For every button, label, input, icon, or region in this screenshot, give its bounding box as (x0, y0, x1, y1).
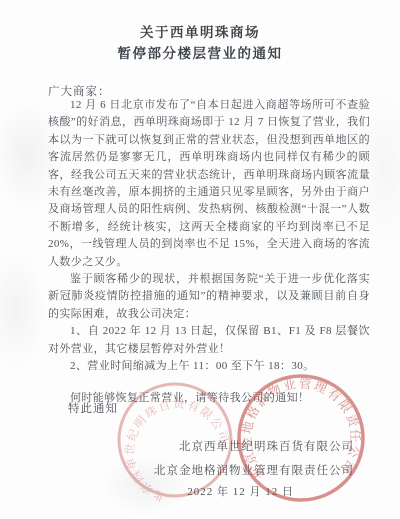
photo-smudge (0, 250, 46, 370)
decision-item: 1、自 2022 年 12 月 13 日起，仅保留 B1、F1 及 F8 层餐饮… (48, 323, 370, 358)
closing-phrase: 特此通知 (68, 400, 118, 416)
notice-title-line1: 关于西单明珠商场 (0, 22, 400, 43)
paragraph: 12 月 6 日北京市发布了“自本日起进入商超等场所可不查验核酸”的好消息，西单… (48, 97, 370, 271)
signature-company-1: 北京西单世纪明珠百货有限公司 (0, 435, 400, 459)
notice-document: 关于西单明珠商场 暂停部分楼层营业的通知 广大商家： 12 月 6 日北京市发布… (0, 0, 400, 519)
decision-item: 2、营业时间缩减为上午 11：00 至下午 18：30。 (48, 358, 370, 375)
signature-block: 北京西单世纪明珠百货有限公司 北京金地格润物业管理有限责任公司 2022 年 1… (0, 435, 400, 501)
notice-title: 关于西单明珠商场 暂停部分楼层营业的通知 (0, 22, 400, 64)
signature-company-2: 北京金地格润物业管理有限责任公司 (0, 459, 400, 483)
signature-date: 2022 年 12 月 12 日 (0, 483, 400, 501)
paragraph: 鉴于顾客稀少的现状，并根据国务院“关于进一步优化落实新冠肺炎疫情防控措施的通知”… (48, 271, 370, 323)
notice-title-line2: 暂停部分楼层营业的通知 (0, 43, 400, 64)
notice-body: 12 月 6 日北京市发布了“自本日起进入商超等场所可不查验核酸”的好消息，西单… (48, 97, 370, 407)
